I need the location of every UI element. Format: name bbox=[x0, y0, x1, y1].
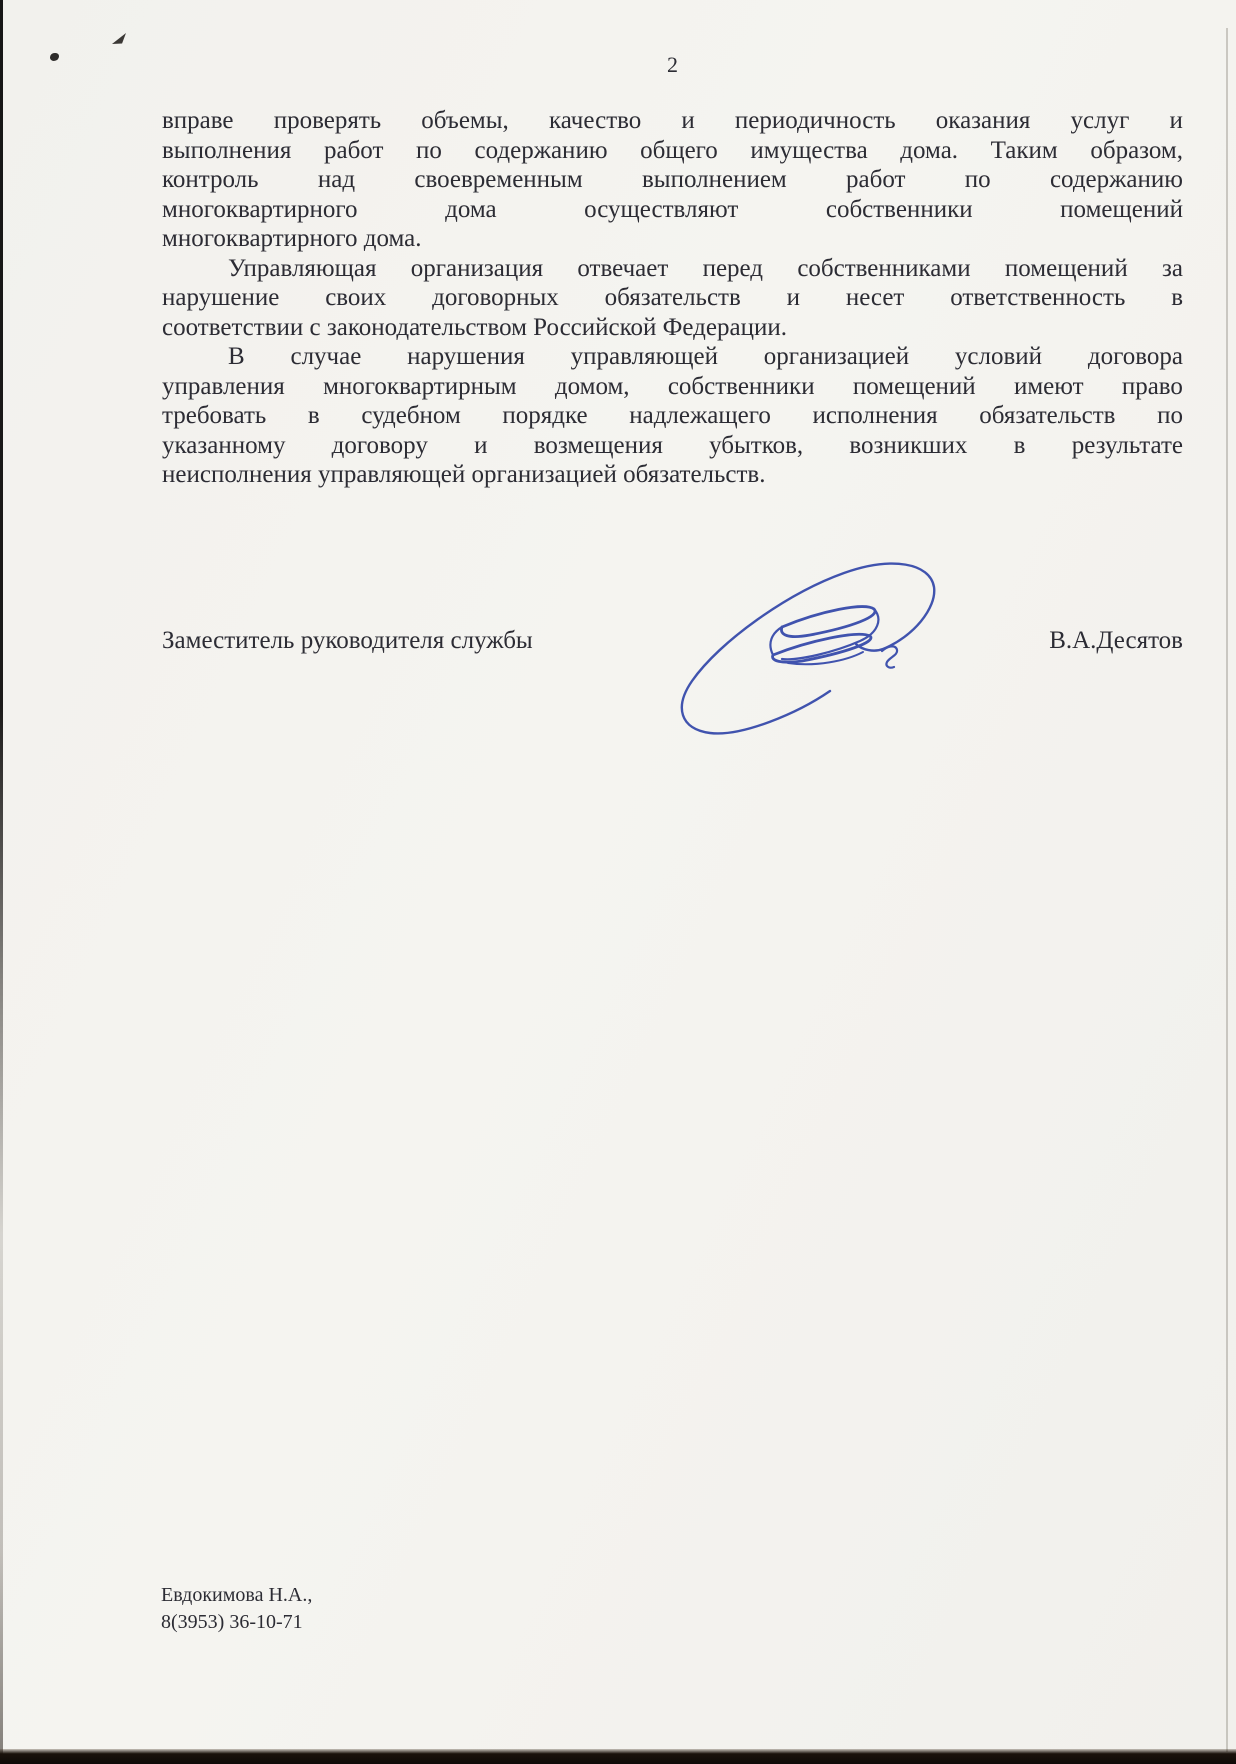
scan-edge-line-right bbox=[1226, 28, 1228, 1752]
document-body: вправепроверятьобъемы,качествоипериодичн… bbox=[162, 106, 1183, 490]
text-line: требоватьвсудебномпорядкенадлежащегоиспо… bbox=[162, 401, 1183, 431]
contact-phone: 8(3953) 36-10-71 bbox=[161, 1609, 312, 1636]
text-line: Управляющаяорганизацияотвечаетпередсобст… bbox=[162, 254, 1183, 284]
contact-name: Евдокимова Н.А., bbox=[161, 1582, 312, 1609]
text-line: указанномудоговоруивозмещенияубытков,воз… bbox=[162, 431, 1183, 461]
signatory-name: В.А.Десятов bbox=[1049, 626, 1183, 656]
text-line: управлениямногоквартирнымдомом,собственн… bbox=[162, 372, 1183, 402]
signatory-title: Заместитель руководителя службы bbox=[162, 626, 533, 656]
scan-speck-mark bbox=[112, 33, 126, 44]
footer-contact: Евдокимова Н.А., 8(3953) 36-10-71 bbox=[161, 1582, 312, 1636]
text-line: вправепроверятьобъемы,качествоипериодичн… bbox=[162, 106, 1183, 136]
text-line: многоквартирногодомаосуществляютсобствен… bbox=[162, 195, 1183, 225]
text-line: Вслучаенарушенияуправляющейорганизациейу… bbox=[162, 342, 1183, 372]
scan-edge-shadow-bottom bbox=[0, 1749, 1236, 1764]
scan-edge-shadow-left bbox=[0, 0, 3, 1764]
text-line: многоквартирного дома. bbox=[162, 224, 1183, 254]
text-line: нарушениесвоихдоговорныхобязательствинес… bbox=[162, 283, 1183, 313]
page-number: 2 bbox=[162, 52, 1183, 78]
text-line: контрольнадсвоевременнымвыполнениемработ… bbox=[162, 165, 1183, 195]
text-line: выполненияработпосодержаниюобщегоимущест… bbox=[162, 136, 1183, 166]
text-line: неисполнения управляющей организацией об… bbox=[162, 460, 1183, 490]
scanned-document-page: 2 вправепроверятьобъемы,качествоипериоди… bbox=[0, 0, 1236, 1764]
text-line: соответствии с законодательством Российс… bbox=[162, 313, 1183, 343]
scan-speck-dot bbox=[50, 53, 59, 61]
handwritten-signature-icon bbox=[630, 545, 960, 755]
